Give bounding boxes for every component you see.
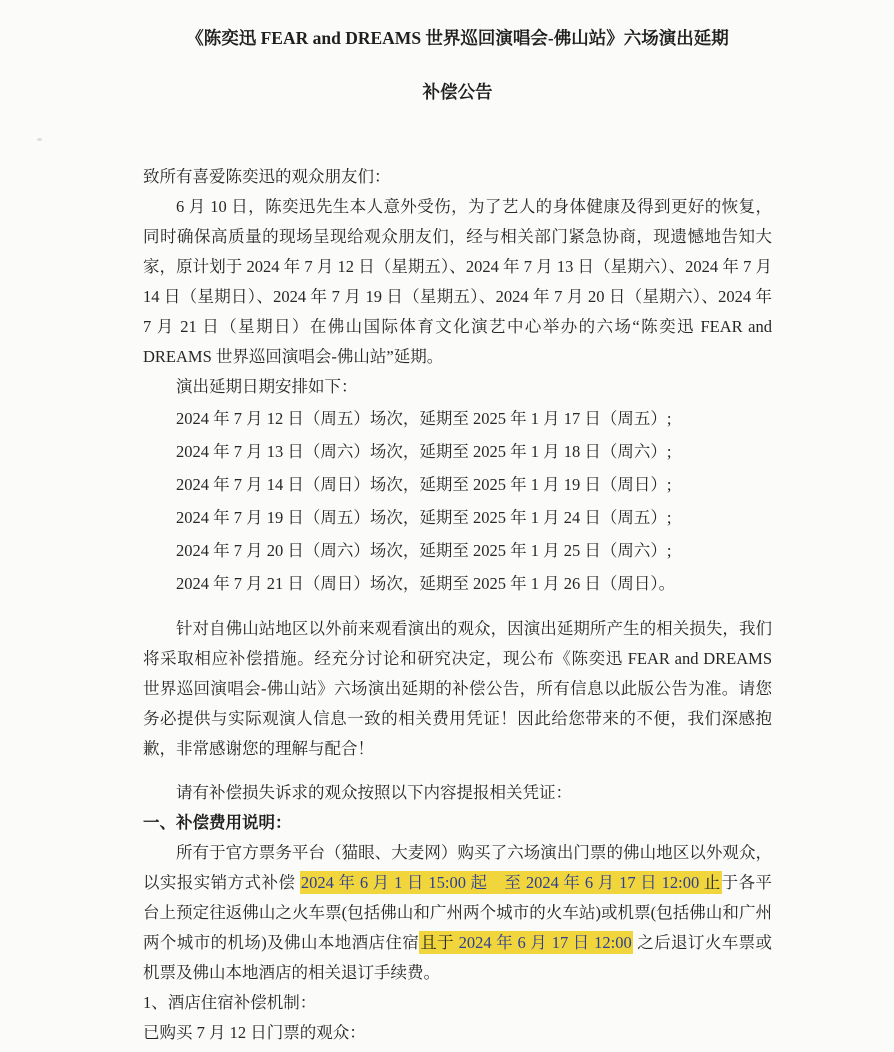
document-title-line2: 补偿公告 bbox=[143, 78, 772, 106]
paragraph-evidence-request: 请有补偿损失诉求的观众按照以下内容提报相关凭证： bbox=[143, 778, 772, 808]
schedule-item-2: 2024 年 7 月 13 日（周六）场次，延期至 2025 年 1 月 18 … bbox=[143, 435, 772, 468]
highlight-period-end-char: 止 bbox=[704, 873, 721, 892]
salutation: 致所有喜爱陈奕迅的观众朋友们： bbox=[143, 162, 772, 192]
scan-speck bbox=[37, 138, 42, 141]
highlight-reimbursement-period: 2024 年 6 月 1 日 15:00 起 至 2024 年 6 月 17 日… bbox=[300, 871, 722, 894]
paragraph-compensation-notice: 针对自佛山站地区以外前来观看演出的观众，因演出延期所产生的相关损失，我们将采取相… bbox=[143, 614, 772, 764]
document-page: 《陈奕迅 FEAR and DREAMS 世界巡回演唱会-佛山站》六场演出延期 … bbox=[0, 0, 894, 1052]
schedule-item-1: 2024 年 7 月 12 日（周五）场次，延期至 2025 年 1 月 17 … bbox=[143, 402, 772, 435]
schedule-intro: 演出延期日期安排如下： bbox=[143, 372, 772, 402]
paragraph-compensation-detail: 所有于官方票务平台（猫眼、大麦网）购买了六场演出门票的佛山地区以外观众，以实报实… bbox=[143, 838, 772, 988]
highlight-period-dates: 2024 年 6 月 1 日 15:00 起 至 2024 年 6 月 17 日… bbox=[301, 873, 704, 892]
highlight-deadline-date: 2024 年 6 月 17 日 12:00 bbox=[459, 933, 632, 952]
ticket-july12-line: 已购买 7 月 12 日门票的观众： bbox=[143, 1018, 772, 1048]
highlight-cancel-deadline: 且于 2024 年 6 月 17 日 12:00 bbox=[419, 931, 632, 954]
paragraph-injury-notice: 6 月 10 日，陈奕迅先生本人意外受伤，为了艺人的身体健康及得到更好的恢复，同… bbox=[143, 192, 772, 372]
schedule-item-4: 2024 年 7 月 19 日（周五）场次，延期至 2025 年 1 月 24 … bbox=[143, 501, 772, 534]
schedule-item-6: 2024 年 7 月 21 日（周日）场次，延期至 2025 年 1 月 26 … bbox=[143, 567, 772, 600]
highlight-deadline-prefix: 且于 bbox=[420, 933, 458, 952]
schedule-item-3: 2024 年 7 月 14 日（周日）场次，延期至 2025 年 1 月 19 … bbox=[143, 468, 772, 501]
schedule-item-5: 2024 年 7 月 20 日（周六）场次，延期至 2025 年 1 月 25 … bbox=[143, 534, 772, 567]
hotel-mechanism-heading: 1、酒店住宿补偿机制： bbox=[143, 988, 772, 1018]
section-heading-compensation: 一、补偿费用说明： bbox=[143, 808, 772, 838]
schedule-list: 2024 年 7 月 12 日（周五）场次，延期至 2025 年 1 月 17 … bbox=[143, 402, 772, 600]
document-title-line1: 《陈奕迅 FEAR and DREAMS 世界巡回演唱会-佛山站》六场演出延期 bbox=[143, 24, 772, 52]
